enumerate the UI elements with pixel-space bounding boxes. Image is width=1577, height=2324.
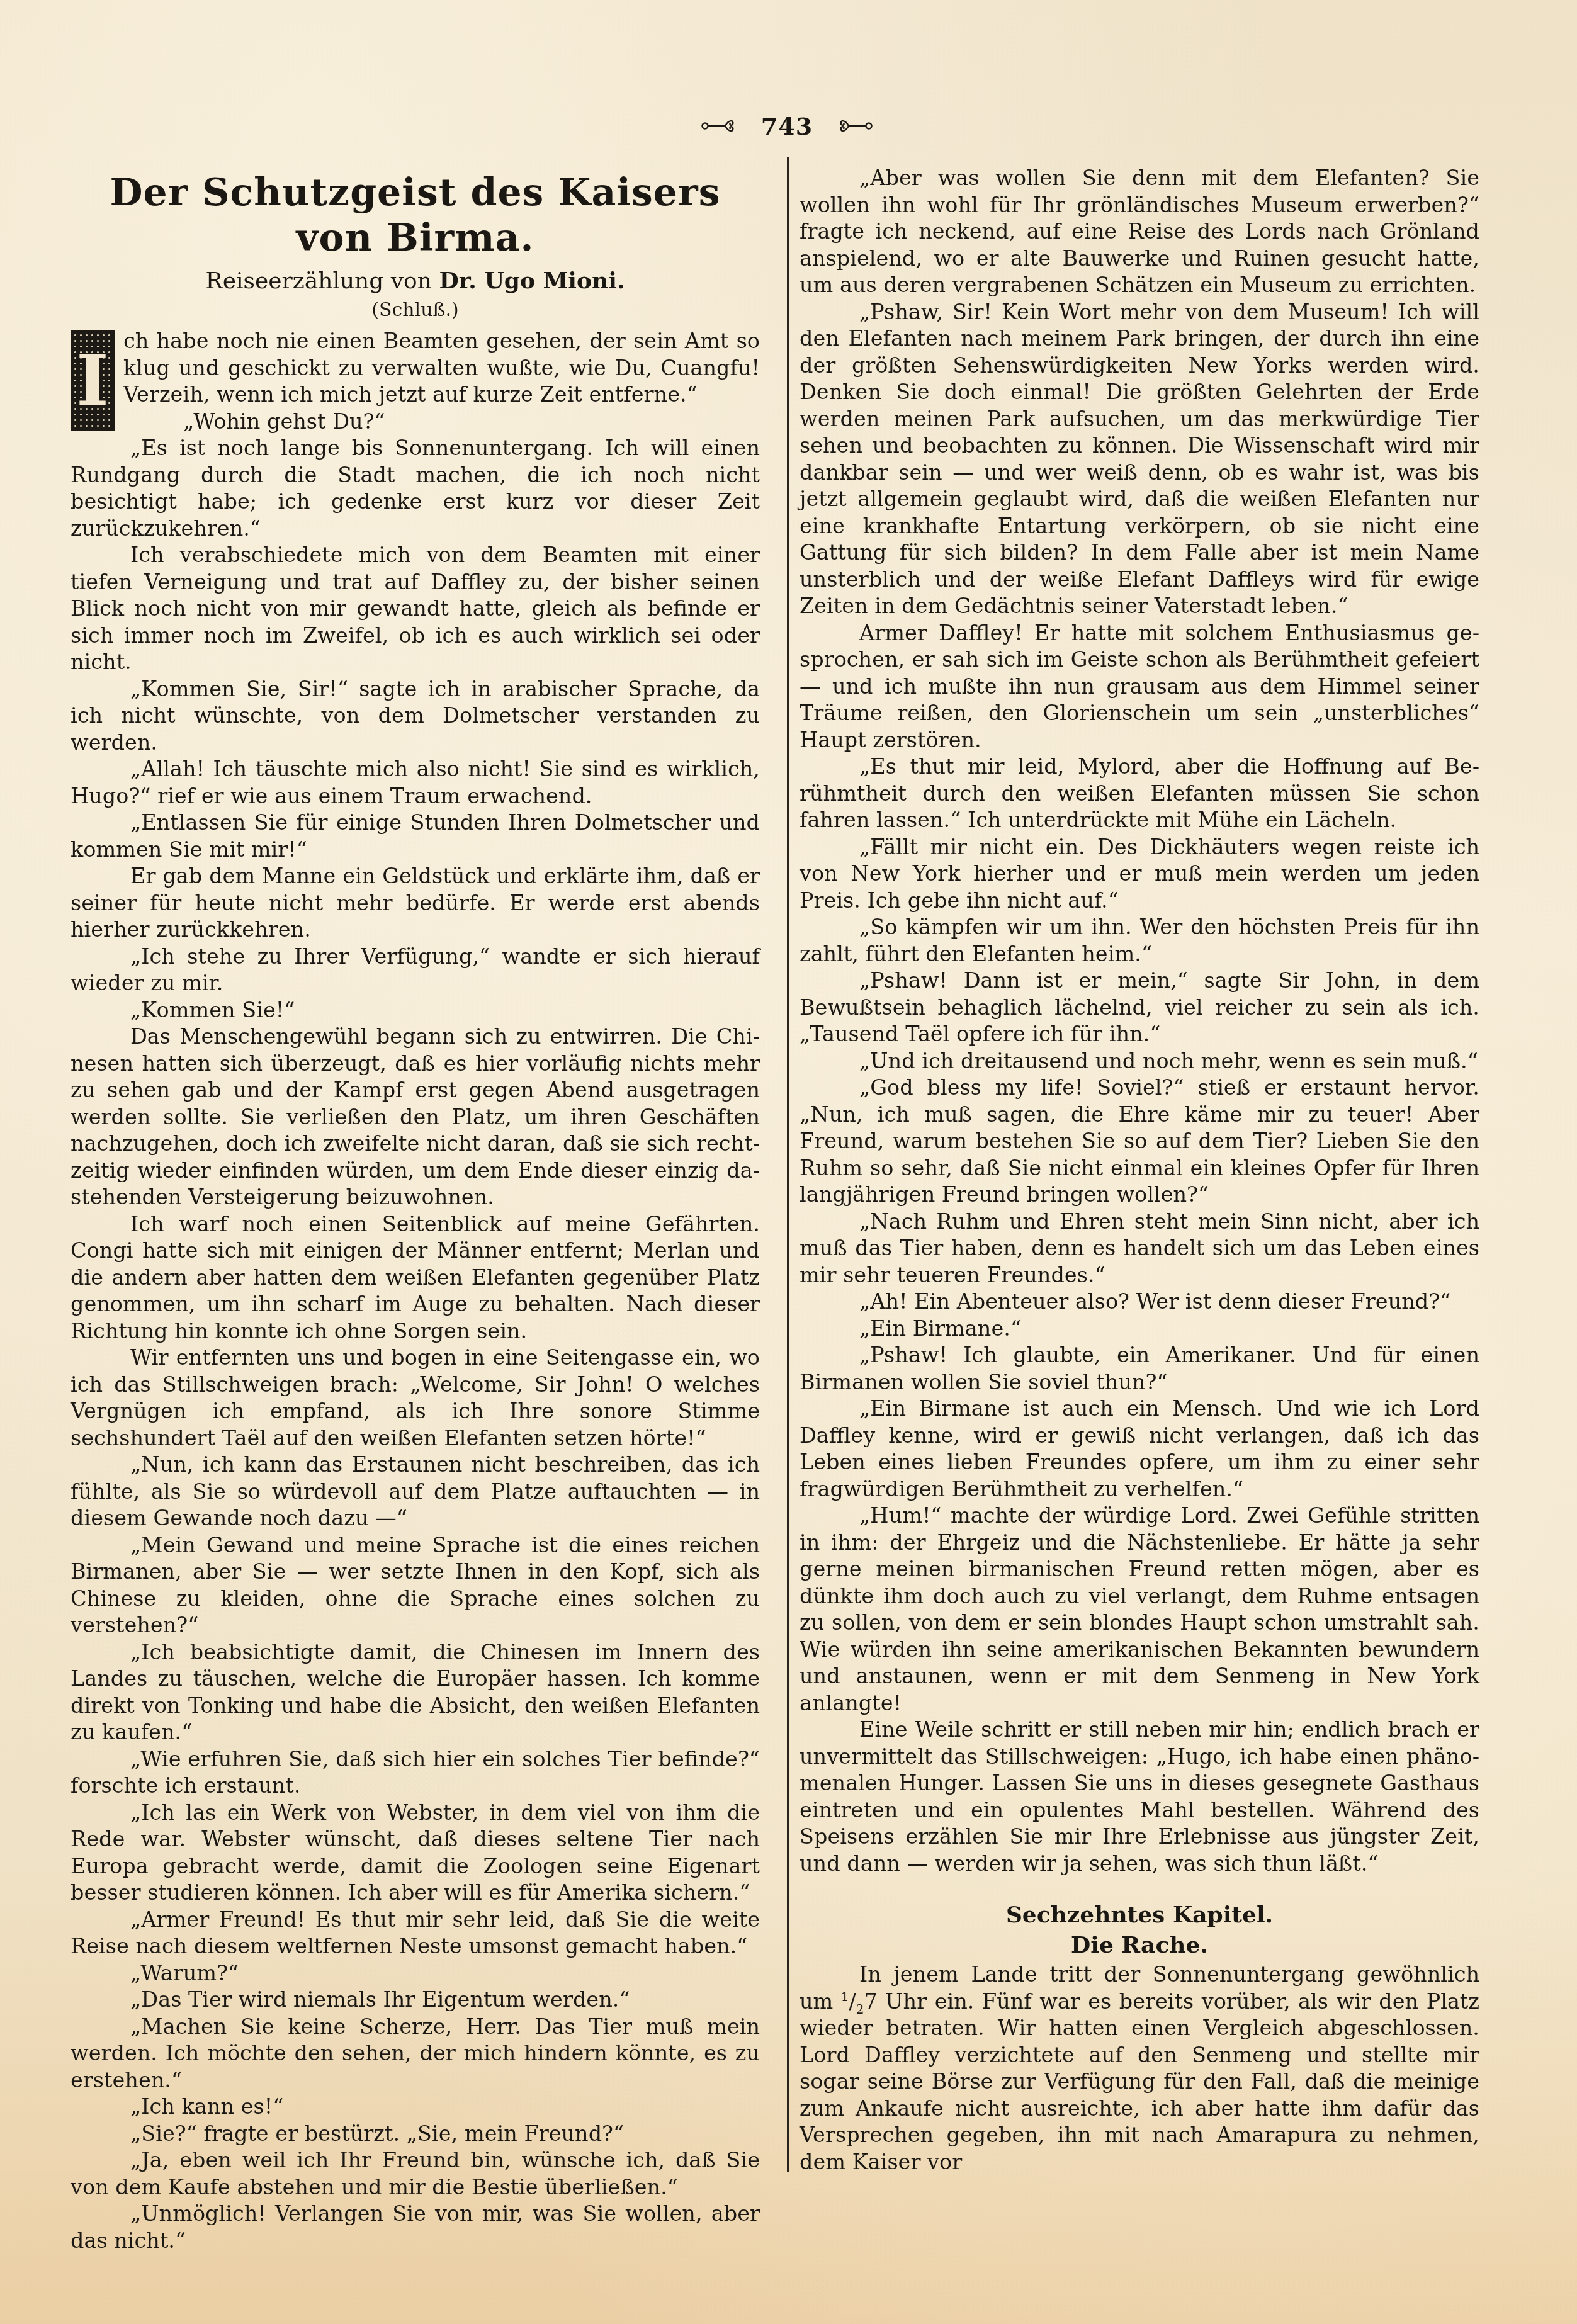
paragraph: „Es thut mir leid, Mylord, aber die Hoff… [800, 753, 1479, 834]
paragraph: „Das Tier wird niemals Ihr Eigentum werd… [71, 1987, 760, 2014]
chapter-title: Die Rache. [800, 1930, 1479, 1960]
paragraph: „Warum?“ [71, 1960, 760, 1987]
paragraph: „Ich las ein Werk von Webster, in dem vi… [71, 1800, 760, 1907]
paragraph: „Entlassen Sie für einige Stunden Ihren … [71, 809, 760, 863]
paragraph: „Fällt mir nicht ein. Des Dickhäuters we… [800, 834, 1479, 915]
author-name: Dr. Ugo Mioni. [439, 268, 625, 294]
paragraph: „Ich beabsichtigte damit, die Chinesen i… [71, 1639, 760, 1746]
paragraph: „Nach Ruhm und Ehren steht mein Sinn nic… [800, 1209, 1479, 1289]
paragraph: „Ein Birmane ist auch ein Mensch. Und wi… [800, 1396, 1479, 1503]
ornament-left-icon [701, 116, 736, 135]
dropcap-initial: I [71, 330, 115, 431]
paragraph: „Ich stehe zu Ihrer Verfügung,“ wandte e… [71, 944, 760, 997]
chapter-paragraph: In jenem Lande tritt der Sonnenuntergang… [800, 1961, 1479, 2175]
paragraph: „Kommen Sie, Sir!“ sagte ich in arabisch… [71, 676, 760, 757]
paragraph: Armer Daffley! Er hatte mit solchem Enth… [800, 620, 1479, 754]
article-title: Der Schutzgeist des Kaisers von Birma. [71, 170, 760, 261]
opening-paragraph: I ch habe noch nie einen Beamten gesehen… [71, 328, 760, 409]
paragraph: Das Menschengewühl begann sich zu entwir… [71, 1024, 760, 1211]
paragraph: „Ein Birmane.“ [800, 1316, 1479, 1343]
paragraph: Ich warf noch einen Seitenblick auf mein… [71, 1211, 760, 1345]
paragraph: „Mein Gewand und meine Sprache ist die e… [71, 1532, 760, 1639]
paragraph: Wir entfernten uns und bogen in eine Sei… [71, 1345, 760, 1452]
paragraph: Ich verabschiedete mich von dem Beamten … [71, 542, 760, 676]
paragraph: ch habe noch nie einen Beamten gesehen, … [71, 328, 760, 409]
fraction-numerator: 1 [841, 1988, 849, 2004]
paragraph: „Aber was wollen Sie denn mit dem Elefan… [800, 165, 1479, 299]
paragraph: „Ah! Ein Abenteuer also? Wer ist denn di… [800, 1289, 1479, 1316]
paragraph: „Pshaw! Dann ist er mein,“ sagte Sir Joh… [800, 967, 1479, 1048]
chapter-heading: Sechzehntes Kapitel. [800, 1900, 1479, 1930]
paragraph: „Wie erfuhren Sie, daß sich hier ein sol… [71, 1746, 760, 1800]
paragraph: „Hum!“ machte der würdige Lord. Zwei Gef… [800, 1503, 1479, 1717]
subtitle-prefix: Reiseerzählung von [206, 268, 439, 294]
paragraph: „Machen Sie keine Scherze, Herr. Das Tie… [71, 2014, 760, 2094]
right-column: „Aber was wollen Sie denn mit dem Elefan… [800, 165, 1479, 2175]
paragraph: „Pshaw, Sir! Kein Wort mehr von dem Muse… [800, 299, 1479, 620]
paragraph: „Pshaw! Ich glaubte, ein Amerikaner. Und… [800, 1342, 1479, 1396]
paragraph: „Nun, ich kann das Erstaunen nicht besch… [71, 1452, 760, 1532]
paragraph: „Ich kann es!“ [71, 2094, 760, 2121]
page-number: 743 [761, 112, 813, 140]
paragraph: „Armer Freund! Es thut mir sehr leid, da… [71, 1907, 760, 1960]
dropcap-letter: I [72, 332, 113, 429]
paragraph: „Sie?“ fragte er bestürzt. „Sie, mein Fr… [71, 2121, 760, 2148]
paragraph: Er gab dem Manne ein Geldstück und erklä… [71, 863, 760, 944]
paragraph: „Und ich dreitausend und noch mehr, wenn… [800, 1048, 1479, 1075]
column-divider [787, 157, 789, 2172]
fraction-denominator: 2 [856, 2001, 864, 2016]
ornament-right-icon [838, 116, 873, 135]
paragraph: „Unmöglich! Verlangen Sie von mir, was S… [71, 2201, 760, 2254]
chapter-text-post: 7 Uhr ein. Fünf war es bereits vorüber, … [800, 1989, 1479, 2174]
paragraph: „Kommen Sie!“ [71, 997, 760, 1024]
page-header: 743 [680, 107, 894, 145]
paragraph: „Allah! Ich täuschte mich also nicht! Si… [71, 756, 760, 809]
paragraph: „Wohin gehst Du?“ [71, 409, 760, 436]
paragraph: „Es ist noch lange bis Sonnenuntergang. … [71, 435, 760, 542]
paragraph: Eine Weile schritt er still neben mir hi… [800, 1717, 1479, 1877]
article-subtitle: Reiseerzählung von Dr. Ugo Mioni. [71, 266, 760, 296]
left-column: Der Schutzgeist des Kaisers von Birma. R… [71, 162, 760, 2254]
paragraph: „So kämpfen wir um ihn. Wer den höchsten… [800, 914, 1479, 967]
paragraph: „Ja, eben weil ich Ihr Freund bin, wünsc… [71, 2147, 760, 2201]
part-label: (Schluß.) [71, 296, 760, 324]
paragraph: „God bless my life! Soviel?“ stieß er er… [800, 1075, 1479, 1209]
